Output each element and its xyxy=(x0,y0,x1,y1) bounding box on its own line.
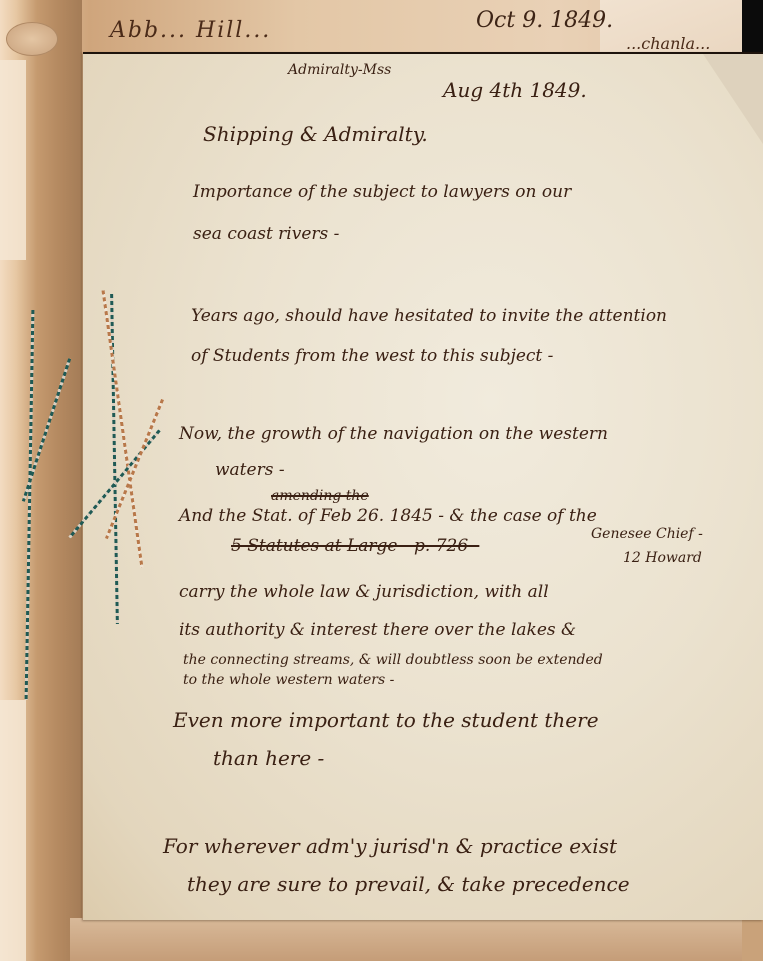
struck-citation: 5 Statutes at Large - p. 726 - xyxy=(231,536,479,556)
manuscript-line: waters - xyxy=(215,460,285,480)
interlinear-strikeout: amending the xyxy=(271,488,369,504)
manuscript-line: For wherever adm'y jurisd'n & practice e… xyxy=(163,834,617,858)
front-manuscript-page: Admiralty-Mss Aug 4th 1849. Shipping & A… xyxy=(83,52,763,920)
manuscript-line: they are sure to prevail, & take precede… xyxy=(187,872,630,896)
manuscript-line: than here - xyxy=(213,746,324,770)
manuscript-line: And the Stat. of Feb 26. 1845 - & the ca… xyxy=(179,506,597,526)
manuscript-line: the connecting streams, & will doubtless… xyxy=(183,652,603,668)
manuscript-line: Importance of the subject to lawyers on … xyxy=(193,182,571,202)
manuscript-line: to the whole western waters - xyxy=(183,672,394,688)
page-date: Aug 4th 1849. xyxy=(443,78,587,102)
folded-corner xyxy=(703,54,763,144)
manuscript-line: sea coast rivers - xyxy=(193,224,339,244)
header-note: Admiralty-Mss xyxy=(288,62,391,78)
scan-background-corner xyxy=(742,0,763,52)
back-sheet-bottom xyxy=(70,918,742,961)
manuscript-line: carry the whole law & jurisdiction, with… xyxy=(179,582,549,602)
manuscript-line: Now, the growth of the navigation on the… xyxy=(179,424,608,444)
margin-citation: 12 Howard xyxy=(623,550,702,566)
manuscript-line: of Students from the west to this subjec… xyxy=(191,346,553,366)
back-sheet-date: Oct 9. 1849. xyxy=(476,8,613,33)
manuscript-line: its authority & interest there over the … xyxy=(179,620,576,640)
paper-tear xyxy=(0,700,26,961)
back-sheet-fragment: ...chanla... xyxy=(626,34,710,53)
page-title: Shipping & Admiralty. xyxy=(203,122,428,146)
manuscript-line: Years ago, should have hesitated to invi… xyxy=(191,306,667,326)
paper-tear xyxy=(0,60,26,260)
margin-note: Genesee Chief - xyxy=(591,526,703,542)
back-sheet-partial-line: Abb... Hill... xyxy=(110,18,271,43)
binding-thread-icon xyxy=(102,290,144,568)
manuscript-line: Even more important to the student there xyxy=(173,708,599,732)
embossed-seal-icon xyxy=(6,22,58,56)
